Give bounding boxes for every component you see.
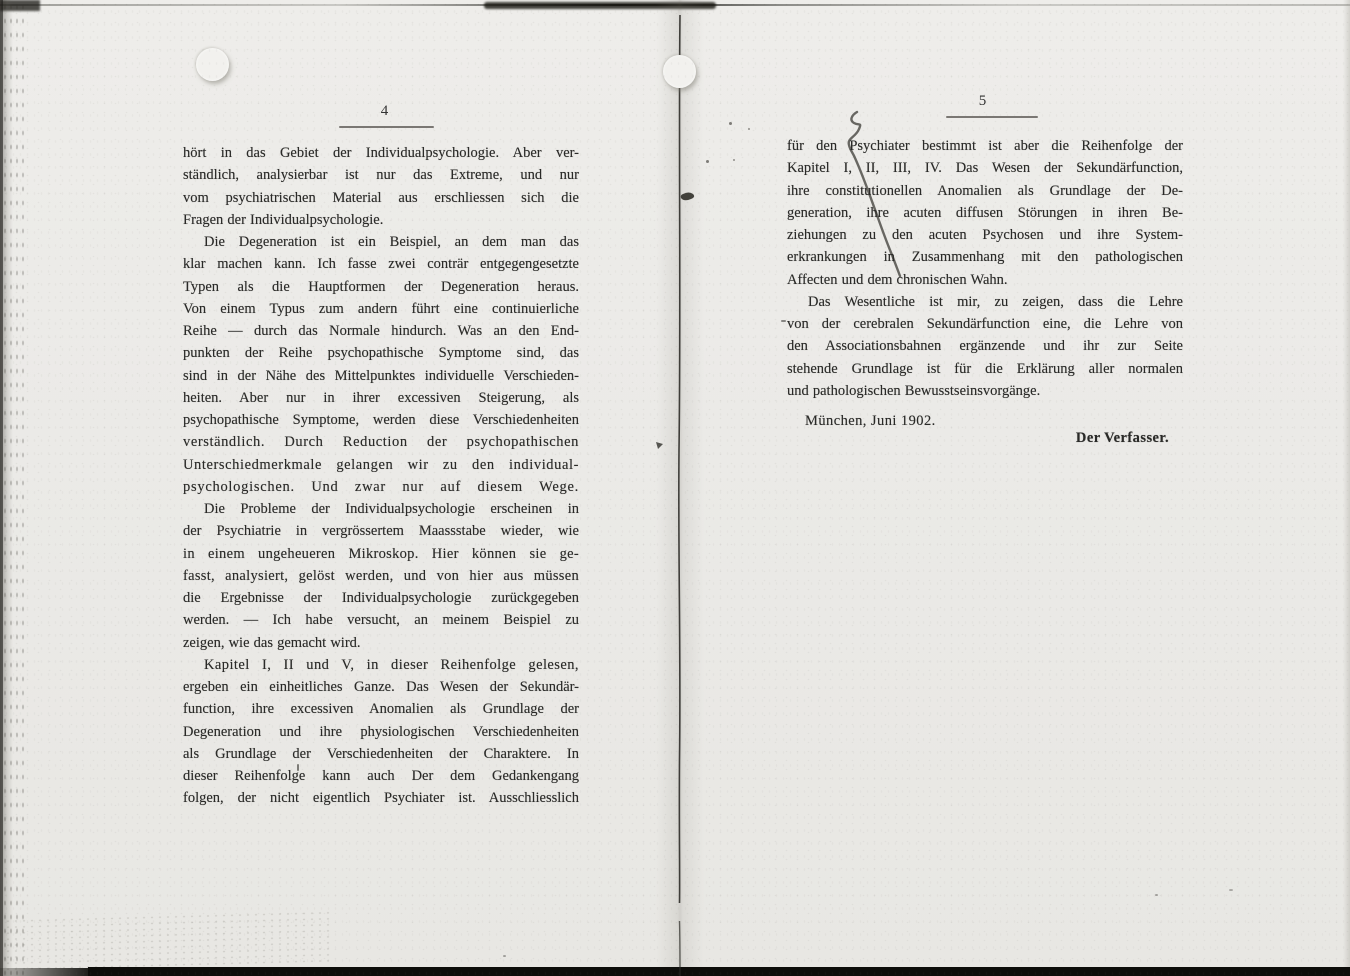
text-line: Degeneration und ihre physiologischen Ve… [183,721,579,743]
text-line: fasst, analysiert, gelöst werden, und vo… [183,565,579,587]
text-line: Von einem Typus zum andern führt eine co… [183,298,579,320]
text-line: Kapitel I, II und V, in dieser Reihenfol… [183,654,579,676]
text-line: ergeben ein einheitliches Ganze. Das Wes… [183,676,579,698]
binding-gutter-shade [656,0,704,976]
text-line: Unterschiedmerkmale gelangen wir zu den … [183,454,579,476]
signature: Der Verfasser. [787,430,1169,447]
text-line: zeigen, wie das gemacht wird. [183,632,579,654]
text-line: dieser Reihenfolge kann auch Der dem Ged… [183,765,579,787]
text-line: Das Wesentliche ist mir, zu zeigen, dass… [787,291,1183,313]
text-line: der Psychiatrie in vergrössertem Maassst… [183,520,579,542]
text-line: punkten der Reihe psychopathische Sympto… [183,342,579,364]
text-line: hört in das Gebiet der Individualpsychol… [183,142,579,164]
text-line: und pathologischen Bewusstseinsvorgänge. [787,380,1183,402]
bottom-scan-bar-fade [0,968,92,976]
bottom-left-speckle [4,910,334,971]
text-line: den Associationsbahnen ergänzende und ih… [787,335,1183,357]
text-line: generation, ihre acuten diffusen Störung… [787,202,1183,224]
dust-speck [733,159,735,161]
text-line: Fragen der Individualpsychologie. [183,209,579,231]
text-line: Typen als die Hauptformen der Degenerati… [183,276,579,298]
page-number-left: 4 [355,103,415,120]
dust-speck [1155,894,1158,896]
right-scan-edge [1343,0,1350,976]
text-line: stehende Grundlage ist für die Erklärung… [787,358,1183,380]
dust-speck [503,955,506,957]
left-edge-speckle [2,0,28,976]
punch-hole-left [196,48,229,81]
dust-speck [706,160,709,163]
bottom-scan-bar [88,967,1350,976]
text-line: als Grundlage der Verschiedenheiten der … [183,743,579,765]
text-line: verständlich. Durch Reduction der psycho… [183,431,579,453]
page-number-right: 5 [953,93,1013,110]
page-5-text: für den Psychiater bestimmt ist aber die… [787,135,1183,402]
text-line: die Ergebnisse der Individualpsychologie… [183,587,579,609]
text-line: für den Psychiater bestimmt ist aber die… [787,135,1183,157]
text-line: heiten. Aber nur in ihrer excessiven Ste… [183,387,579,409]
text-line: erkrankungen in Zusammenhang mit den pat… [787,246,1183,268]
text-line: psychopathische Symptome, werden diese V… [183,409,579,431]
text-line: ihre constitutionellen Anomalien als Gru… [787,180,1183,202]
text-line: sind in der Nähe des Mittelpunktes indiv… [183,365,579,387]
text-line: von der cerebralen Sekundärfunction eine… [787,313,1183,335]
text-line: Die Probleme der Individualpsychologie e… [183,498,579,520]
dust-speck [729,122,732,125]
text-line: Affecten und dem chronischen Wahn. [787,269,1183,291]
text-line: Reihe — durch das Normale hindurch. Was … [183,320,579,342]
dateline: München, Juni 1902. [805,413,936,430]
text-line: Kapitel I, II, III, IV. Das Wesen der Se… [787,157,1183,179]
page-number-rule-left [339,126,434,128]
text-line: folgen, der nicht eigentlich Psychiater … [183,787,579,809]
page-4-text: hört in das Gebiet der Individualpsychol… [183,142,579,810]
text-line: klar machen kann. Ich fasse zwei conträr… [183,253,579,275]
text-line: function, ihre excessiven Anomalien als … [183,698,579,720]
text-line: vom psychiatrischen Material aus erschli… [183,187,579,209]
text-line: Die Degeneration ist ein Beispiel, an de… [183,231,579,253]
margin-dash-mark [781,320,786,322]
text-line: in einem ungeheueren Mikroskop. Hier kön… [183,543,579,565]
dust-speck [1229,889,1233,891]
text-line: ziehungen zu den acuten Psychosen und ih… [787,224,1183,246]
dust-speck [748,128,750,130]
text-line: psychologischen. Und zwar nur auf diesem… [183,476,579,498]
page-number-rule-right [946,116,1038,118]
book-scan: 4 hört in das Gebiet der Individualpsych… [0,0,1350,976]
text-line: ständlich, analysierbar ist nur das Extr… [183,164,579,186]
punch-hole-right [663,55,696,88]
text-line: werden. — Ich habe versucht, an meinem B… [183,609,579,631]
